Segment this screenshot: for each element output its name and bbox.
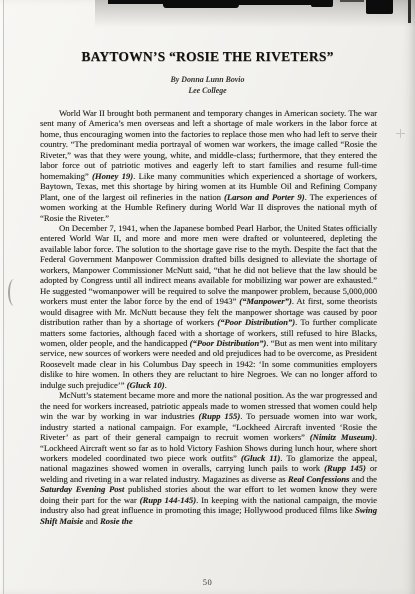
page-number: 50 bbox=[0, 577, 415, 587]
article-page: BAYTOWN’S “ROSIE THE RIVETERS” By Donna … bbox=[0, 0, 415, 594]
paragraph: On December 7, 1941, when the Japanese b… bbox=[40, 223, 377, 390]
author-affiliation: Lee College bbox=[0, 86, 415, 95]
article-body: World War II brought both permanent and … bbox=[40, 108, 377, 526]
byline: By Donna Lunn Bovio bbox=[0, 75, 415, 84]
paragraph: McNutt’s statement became more and more … bbox=[40, 390, 377, 526]
page-title: BAYTOWN’S “ROSIE THE RIVETERS” bbox=[0, 49, 415, 65]
scanned-document-page: BAYTOWN’S “ROSIE THE RIVETERS” By Donna … bbox=[0, 0, 415, 594]
paragraph: World War II brought both permanent and … bbox=[40, 108, 377, 223]
